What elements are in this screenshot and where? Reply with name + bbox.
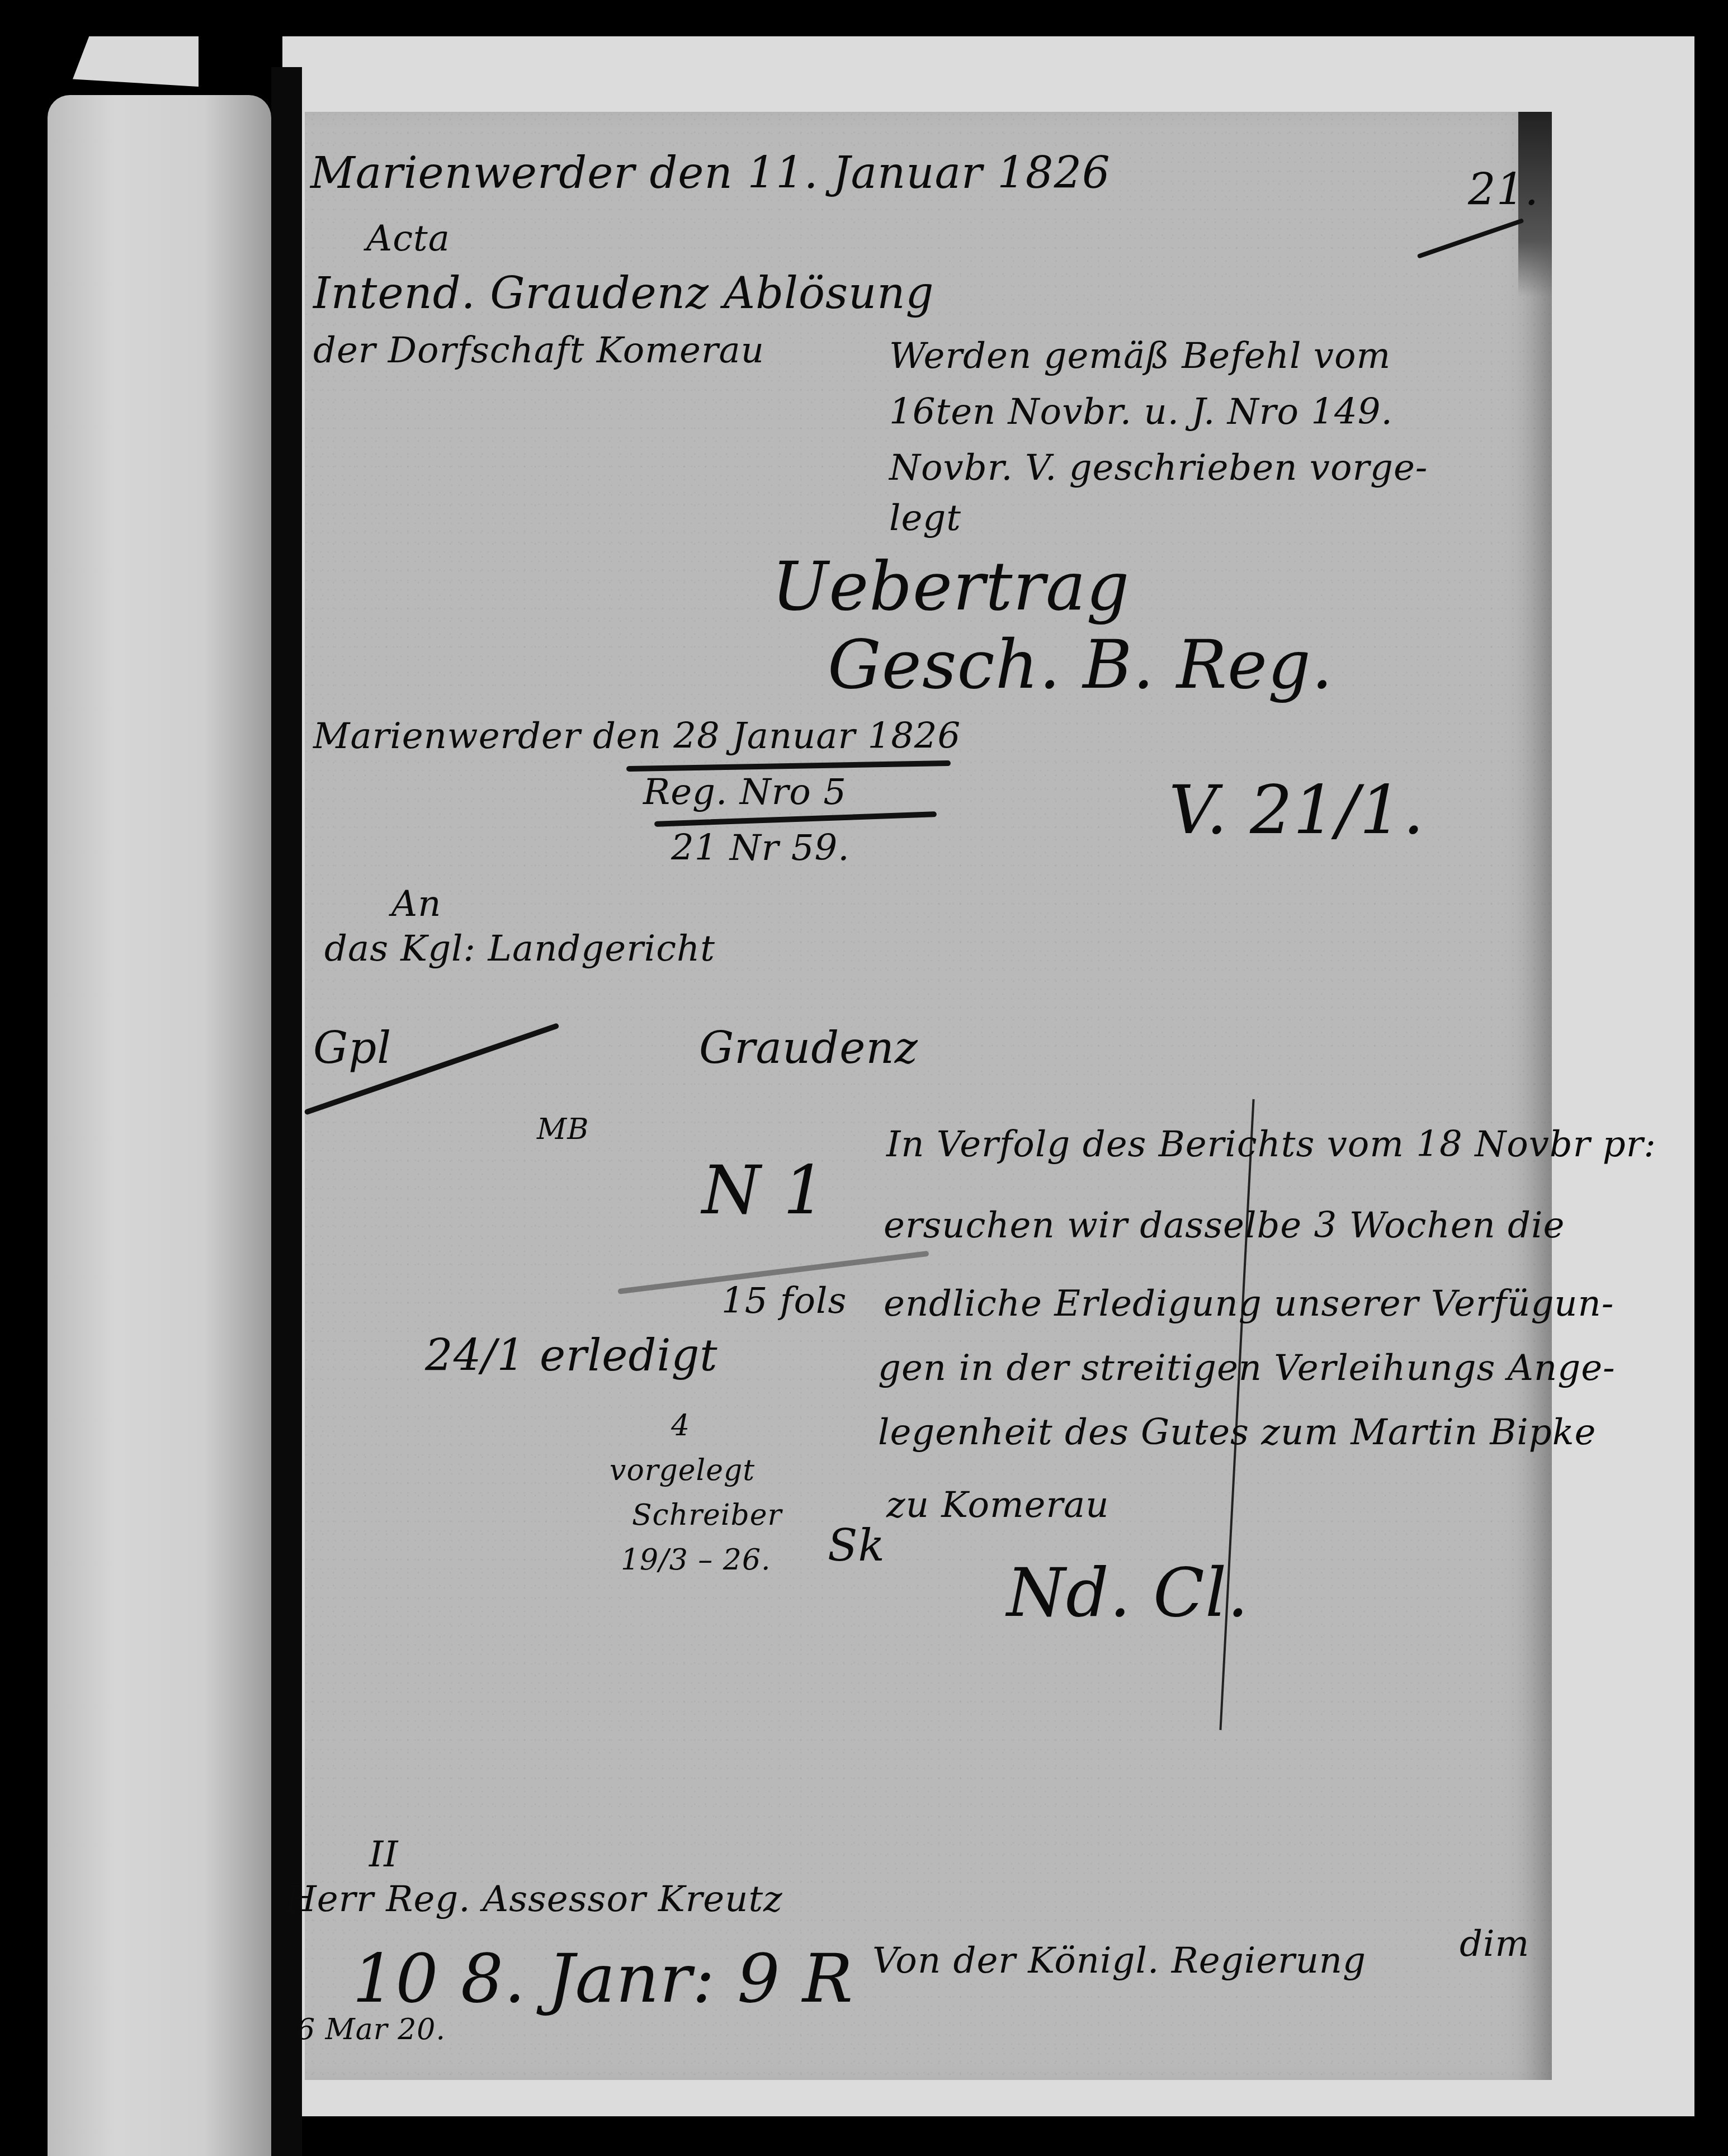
footer-archive-note: 6 Mar 20. xyxy=(296,2013,446,2046)
second-entry-sub-line: Reg. Nro 5 xyxy=(643,772,847,813)
margin-vorgelegt: vorgelegt xyxy=(610,1454,755,1487)
footer-line-1: Herr Reg. Assessor Kreutz xyxy=(285,1879,783,1920)
second-entry-place-date: Marienwerder den 28 Januar 1826 xyxy=(313,716,961,757)
margin-date-small: 19/3 – 26. xyxy=(621,1543,771,1577)
binding-spine xyxy=(271,67,302,2156)
address-city: Graudenz xyxy=(699,1023,918,1074)
margin-schreiber: Schreiber xyxy=(632,1498,782,1532)
margin-initial: Sk xyxy=(828,1521,885,1571)
large-heading-line-2: Gesch. B. Reg. xyxy=(828,626,1333,704)
address-an: An xyxy=(391,883,441,925)
address-small-mark: MB xyxy=(537,1113,589,1146)
large-heading-line-1: Uebertrag xyxy=(772,548,1130,626)
subject-line-1: Intend. Graudenz Ablösung xyxy=(313,268,934,319)
address-nr-mark: N 1 xyxy=(702,1152,827,1230)
acta-label: Acta xyxy=(366,218,450,259)
body-line-4: gen in der streitigen Verleihungs Ange- xyxy=(878,1347,1616,1389)
right-note-line-3: Novbr. V. geschrieben vorge- xyxy=(889,447,1428,489)
body-line-2: ersuchen wir dasselbe 3 Wochen die xyxy=(884,1205,1565,1246)
margin-digit: 4 xyxy=(671,1409,690,1443)
body-line-6: zu Komerau xyxy=(886,1484,1109,1526)
margin-date-note: 24/1 erledigt xyxy=(425,1331,718,1381)
second-entry-reference: 21 Nr 59. xyxy=(671,828,850,869)
body-line-3: endliche Erledigung unserer Verfügun- xyxy=(884,1283,1614,1325)
body-signature: Nd. Cl. xyxy=(1007,1554,1249,1632)
footer-signed: Von der Königl. Regierung xyxy=(872,1940,1366,1982)
binding-strip xyxy=(48,95,271,2156)
footer-roman: II xyxy=(369,1834,399,1875)
body-line-1: In Verfolg des Berichts vom 18 Novbr pr: xyxy=(886,1124,1656,1165)
right-note-line-1: Werden gemäß Befehl vom xyxy=(889,335,1391,377)
address-initials: Gpl xyxy=(313,1023,391,1074)
body-line-5: legenheit des Gutes zum Martin Bipke xyxy=(878,1412,1596,1453)
footer-line-2: 10 8. Janr: 9 R xyxy=(352,1940,853,2018)
right-note-line-4: legt xyxy=(889,498,961,539)
large-heading-mark: V. 21/1. xyxy=(1169,772,1425,849)
header-place-date: Marienwerder den 11. Januar 1826 xyxy=(310,148,1111,198)
right-note-line-2: 16ten Novbr. u. J. Nro 149. xyxy=(889,391,1393,433)
binding-tab xyxy=(73,36,199,87)
footer-mark: dim xyxy=(1460,1923,1529,1965)
address-recipient: das Kgl: Landgericht xyxy=(324,928,715,970)
folio-number: 21. xyxy=(1468,165,1539,215)
subject-line-2: der Dorfschaft Komerau xyxy=(313,330,764,371)
margin-fees: 15 fols xyxy=(721,1280,847,1322)
